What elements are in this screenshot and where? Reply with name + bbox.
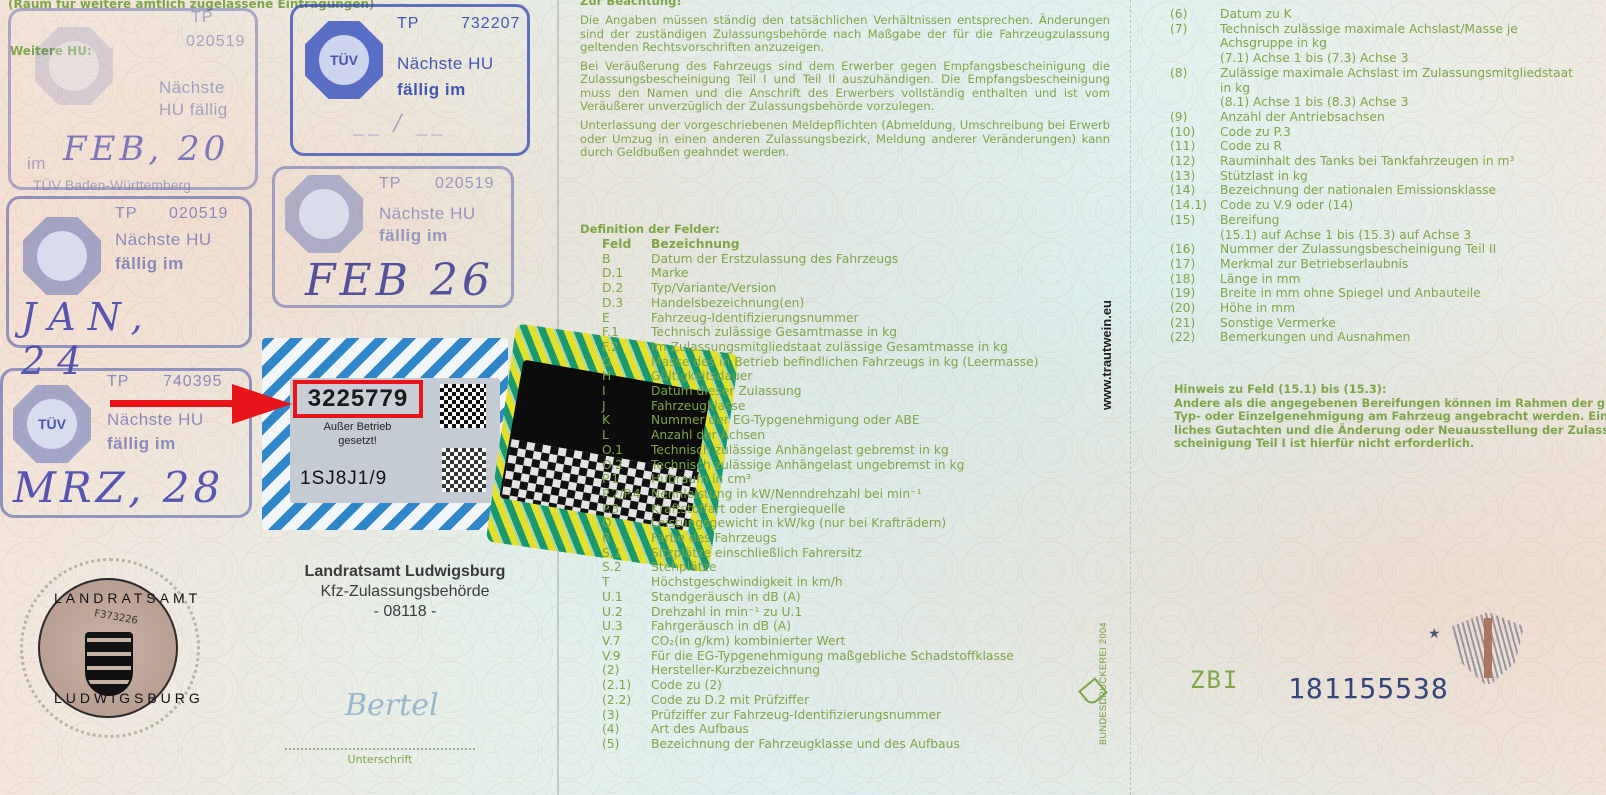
tuv-badge-icon [35, 27, 113, 105]
stamp-tp-label: TP [397, 15, 419, 33]
signature-line [285, 748, 475, 750]
field-code: (11) [1170, 139, 1220, 154]
definition-row: (21)Sonstige Vermerke [1170, 316, 1606, 331]
definitions-list-continued: (6)Datum zu K(7)Technisch zulässige maxi… [1170, 7, 1606, 345]
authority-code: - 08118 - [270, 602, 540, 622]
field-description: Nummer der EG-Typgenehmigung oder ABE [651, 413, 920, 428]
stamp-due: fällig im [107, 433, 176, 455]
definition-row: Achsgruppe in kg [1170, 36, 1606, 51]
field-code: V.9 [602, 649, 651, 664]
field-description: (15.1) auf Achse 1 bis (15.3) auf Achse … [1220, 228, 1471, 243]
signature-label: Unterschrift [285, 753, 475, 766]
field-code: (8) [1170, 66, 1220, 81]
stamp-number: 020519 [435, 175, 494, 193]
definition-row: (2.1)Code zu (2) [602, 678, 1039, 693]
definition-row: S.2Stehplätze [602, 560, 1039, 575]
field-code: O.1 [602, 443, 651, 458]
notice-paragraph: Die Angaben müssen ständig den tatsächli… [580, 14, 1110, 54]
definition-row: THöchstgeschwindigkeit in km/h [602, 575, 1039, 590]
field-code: (2.1) [602, 678, 651, 693]
stamp-handwritten-date: __ / __ [353, 111, 446, 136]
field-code: E [602, 311, 651, 326]
definition-row: D.1Marke [602, 266, 1039, 281]
field-code: (19) [1170, 286, 1220, 301]
definition-row: (2)Hersteller-Kurzbezeichnung [602, 663, 1039, 678]
definition-row: (8)Zulässige maximale Achslast im Zulass… [1170, 66, 1606, 81]
field-description: Typ/Variante/Version [651, 281, 776, 296]
field-code: F.2 [602, 340, 651, 355]
field-description: Für die EG-Typgenehmigung maßgebliche Sc… [651, 649, 1014, 664]
tyre-note-line: Andere als die angegebenen Bereifungen k… [1174, 397, 1606, 411]
field-description: Art des Aufbaus [651, 722, 749, 737]
definition-row: U.1Standgeräusch in dB (A) [602, 590, 1039, 605]
field-code: L [602, 428, 651, 443]
definition-row: D.3Handelsbezeichnung(en) [602, 296, 1039, 311]
field-code: D.1 [602, 266, 651, 281]
stamp-number: 020519 [186, 33, 245, 51]
field-code: (5) [602, 737, 651, 752]
stamp-handwritten-date: FEB, 20 [63, 129, 229, 169]
definition-row: U.3Fahrgeräusch in dB (A) [602, 619, 1039, 634]
definition-row: (3)Prüfziffer zur Fahrzeug-Identifizieru… [602, 708, 1039, 723]
field-code: (9) [1170, 110, 1220, 125]
field-description: Sonstige Vermerke [1220, 316, 1336, 331]
tuv-badge-icon: TÜV [13, 385, 91, 463]
field-code: (20) [1170, 301, 1220, 316]
definition-row: (6)Datum zu K [1170, 7, 1606, 22]
stamp-next-hu: Nächste [159, 77, 225, 99]
tyre-note: Hinweis zu Feld (15.1) bis (15.3): Ander… [1174, 383, 1606, 451]
field-code: P.2/P.4 [602, 487, 651, 502]
printer-url: www.trautwein.eu [1099, 300, 1114, 410]
field-code: (14.1) [1170, 198, 1220, 213]
field-description: Code zu (2) [651, 678, 722, 693]
header-description: Bezeichnung [651, 237, 740, 252]
field-code: G [602, 355, 651, 370]
field-code: R [602, 531, 651, 546]
stamp-next-hu: Nächste HU [397, 53, 494, 75]
field-description: Zulässige maximale Achslast im Zulassung… [1220, 66, 1573, 81]
field-code: U.2 [602, 605, 651, 620]
definition-row: S.1Sitzplätze einschließlich Fahrersitz [602, 546, 1039, 561]
page-fold [1130, 0, 1132, 795]
definition-row: (22)Bemerkungen und Ausnahmen [1170, 330, 1606, 345]
field-description: Standgeräusch in dB (A) [651, 590, 801, 605]
definition-row: (8.1) Achse 1 bis (8.3) Achse 3 [1170, 95, 1606, 110]
field-description: Kraftstoffart oder Energiequelle [651, 502, 845, 517]
field-code: O.2 [602, 458, 651, 473]
definition-row: O.2Technisch zulässige Anhängelast ungeb… [602, 458, 1039, 473]
field-code: (2) [602, 663, 651, 678]
field-code [1170, 228, 1220, 243]
field-description: (7.1) Achse 1 bis (7.3) Achse 3 [1220, 51, 1408, 66]
field-code: P.1 [602, 472, 651, 487]
definition-row: V.9Für die EG-Typgenehmigung maßgebliche… [602, 649, 1039, 664]
definition-row: (17)Merkmal zur Betriebserlaubnis [1170, 257, 1606, 272]
definitions-header: Feld Bezeichnung [602, 237, 1039, 252]
definition-row: (15)Bereifung [1170, 213, 1606, 228]
hu-stamp: TÜV TP 732207 Nächste HU fällig im __ / … [290, 4, 530, 156]
tuv-badge-icon: TÜV [305, 21, 383, 99]
field-code: (14) [1170, 183, 1220, 198]
definition-row: in kg [1170, 81, 1606, 96]
field-description: Bereifung [1220, 213, 1280, 228]
field-code: D.3 [602, 296, 651, 311]
field-description: Nennleistung in kW/Nenndrehzahl bei min⁻… [651, 487, 922, 502]
field-code: K [602, 413, 651, 428]
stamp-due: fällig im [115, 253, 184, 275]
tyre-note-line: Typ- oder Einzelgenehmigung am Fahrzeug … [1174, 410, 1606, 424]
field-description: Technisch zulässige Anhängelast gebremst… [651, 443, 949, 458]
definition-row: (20)Höhe in mm [1170, 301, 1606, 316]
field-code: (13) [1170, 169, 1220, 184]
field-code: P.3 [602, 502, 651, 517]
field-description: (8.1) Achse 1 bis (8.3) Achse 3 [1220, 95, 1408, 110]
stamp-next-hu: Nächste HU [115, 229, 212, 251]
field-description: Datum zu K [1220, 7, 1292, 22]
field-description: Sitzplätze einschließlich Fahrersitz [651, 546, 862, 561]
red-arrow-icon [110, 400, 240, 407]
field-description: Fahrgeräusch in dB (A) [651, 619, 791, 634]
field-code: I [602, 384, 651, 399]
field-code [1170, 81, 1220, 96]
definition-row: BDatum der Erstzulassung des Fahrzeugs [602, 252, 1039, 267]
field-description: Technisch zulässige Gesamtmasse in kg [651, 325, 897, 340]
definition-row: HGültigkeitsdauer [602, 369, 1039, 384]
definitions-list: Feld Bezeichnung BDatum der Erstzulassun… [602, 237, 1039, 752]
series-code: ZBI [1190, 666, 1239, 694]
definition-row: (19)Breite in mm ohne Spiegel und Anbaut… [1170, 286, 1606, 301]
definition-row: (15.1) auf Achse 1 bis (15.3) auf Achse … [1170, 228, 1606, 243]
definition-row: (18)Länge in mm [1170, 272, 1606, 287]
field-description: Stützlast in kg [1220, 169, 1308, 184]
definition-row: (11)Code zu R [1170, 139, 1606, 154]
field-description: Technisch zulässige maximale Achslast/Ma… [1220, 22, 1518, 37]
stamp-next-hu: Nächste HU [379, 203, 476, 225]
stamp-tp-label: TP [379, 175, 401, 193]
field-description: Rauminhalt des Tanks bei Tankfahrzeugen … [1220, 154, 1514, 169]
stamp-organization: TÜV Baden-Württemberg [33, 177, 191, 193]
field-description: Code zu P.3 [1220, 125, 1291, 140]
stamp-number: 732207 [461, 15, 520, 33]
field-description: Bemerkungen und Ausnahmen [1220, 330, 1410, 345]
definition-row: P.3Kraftstoffart oder Energiequelle [602, 502, 1039, 517]
field-description: Höchstgeschwindigkeit in km/h [651, 575, 843, 590]
field-description: Achsgruppe in kg [1220, 36, 1327, 51]
definition-row: RFarbe des Fahrzeugs [602, 531, 1039, 546]
field-description: Handelsbezeichnung(en) [651, 296, 804, 311]
issuing-authority: Landratsamt Ludwigsburg Kfz-Zulassungsbe… [270, 562, 540, 622]
field-code: (4) [602, 722, 651, 737]
hu-stamp: TP 020519 Nächste HU fällig im FEB, 20 T… [8, 8, 258, 190]
decommission-status: Außer Betrieb gesetzt! [300, 420, 415, 448]
stamp-tp-label: TP [191, 9, 213, 27]
tyre-note-title: Hinweis zu Feld (15.1) bis (15.3): [1174, 383, 1606, 397]
definition-row: (2.2)Code zu D.2 mit Prüfziffer [602, 693, 1039, 708]
definition-row: O.1Technisch zulässige Anhängelast gebre… [602, 443, 1039, 458]
stamp-tp-label: TP [115, 205, 137, 223]
field-description: Code zu R [1220, 139, 1282, 154]
field-code: T [602, 575, 651, 590]
field-description: Datum dieser Zulassung [651, 384, 802, 399]
field-description: Prüfziffer zur Fahrzeug-Identifizierungs… [651, 708, 941, 723]
stamp-prefix: im [27, 153, 46, 175]
field-code [1170, 36, 1220, 51]
definition-row: F.2Im Zulassungsmitgliedstaat zulässige … [602, 340, 1039, 355]
field-code: (6) [1170, 7, 1220, 22]
stamp-due: HU fällig [159, 99, 228, 121]
field-code: (10) [1170, 125, 1220, 140]
field-code: (3) [602, 708, 651, 723]
tyre-note-line: scheinigung Teil I ist hierfür nicht erf… [1174, 437, 1606, 451]
definition-row: EFahrzeug-Identifizierungsnummer [602, 311, 1039, 326]
field-description: Masse des in Betrieb befindlichen Fahrze… [651, 355, 1039, 370]
field-code: (18) [1170, 272, 1220, 287]
definition-row: (13)Stützlast in kg [1170, 169, 1606, 184]
field-code: H [602, 369, 651, 384]
definitions-title: Definition der Felder: [580, 222, 720, 236]
field-description: Hersteller-Kurzbezeichnung [651, 663, 820, 678]
definition-row: JFahrzeugklasse [602, 399, 1039, 414]
field-description: Breite in mm ohne Spiegel und Anbauteile [1220, 286, 1481, 301]
field-description: Marke [651, 266, 688, 281]
definition-row: QLeistungsgewicht in kW/kg (nur bei Kraf… [602, 516, 1039, 531]
notice-paragraph: Unterlassung der vorgeschriebenen Meldep… [580, 119, 1110, 159]
field-description: Höhe in mm [1220, 301, 1295, 316]
definition-row: (12)Rauminhalt des Tanks bei Tankfahrzeu… [1170, 154, 1606, 169]
field-code: S.2 [602, 560, 651, 575]
signature: Bertel [345, 688, 439, 723]
field-code: (2.2) [602, 693, 651, 708]
field-description: Anzahl der Antriebsachsen [1220, 110, 1385, 125]
definition-row: (5)Bezeichnung der Fahrzeugklasse und de… [602, 737, 1039, 752]
field-description: Bezeichnung der nationalen Emissionsklas… [1220, 183, 1496, 198]
stamp-number: 740395 [163, 373, 222, 391]
field-code [1170, 95, 1220, 110]
field-code: F.1 [602, 325, 651, 340]
datamatrix-code-icon [440, 384, 486, 428]
seal-bottom-text: LUDWIGSBURG [54, 690, 164, 706]
field-code: (7) [1170, 22, 1220, 37]
notice-paragraph: Bei Veräußerung des Fahrzeugs sind dem E… [580, 60, 1110, 113]
notice-section: Zur Beachtung! Die Angaben müssen ständi… [580, 0, 1110, 159]
field-description: Merkmal zur Betriebserlaubnis [1220, 257, 1408, 272]
authority-department: Kfz-Zulassungsbehörde [270, 582, 540, 602]
definition-row: P.1Hubraum in cm³ [602, 472, 1039, 487]
field-description: Technisch zulässige Anhängelast ungebrem… [651, 458, 964, 473]
field-code: Q [602, 516, 651, 531]
tuv-badge-icon [23, 217, 101, 295]
field-description: Datum der Erstzulassung des Fahrzeugs [651, 252, 898, 267]
stamp-number: 020519 [169, 205, 228, 223]
red-arrow-head-icon [232, 384, 292, 424]
coat-of-arms-icon [85, 632, 133, 696]
field-code: V.7 [602, 634, 651, 649]
seal-top-text: LANDRATSAMT [54, 590, 164, 606]
status-line-1: Außer Betrieb [300, 420, 415, 434]
field-description: Stehplätze [651, 560, 717, 575]
field-description: Code zu V.9 oder (14) [1220, 198, 1353, 213]
field-description: in kg [1220, 81, 1250, 96]
field-code: J [602, 399, 651, 414]
status-line-2: gesetzt! [300, 434, 415, 448]
definition-row: (14.1)Code zu V.9 oder (14) [1170, 198, 1606, 213]
definition-row: GMasse des in Betrieb befindlichen Fahrz… [602, 355, 1039, 370]
definition-row: (9)Anzahl der Antriebsachsen [1170, 110, 1606, 125]
field-description: Fahrzeug-Identifizierungsnummer [651, 311, 859, 326]
document-serial-number: 181155538 [1288, 672, 1449, 705]
datamatrix-code-icon [442, 448, 486, 492]
stamp-handwritten-date: MRZ, 28 [13, 463, 224, 512]
field-code: (17) [1170, 257, 1220, 272]
definition-row: P.2/P.4Nennleistung in kW/Nenndrehzahl b… [602, 487, 1039, 502]
definition-row: (4)Art des Aufbaus [602, 722, 1039, 737]
field-code: U.3 [602, 619, 651, 634]
field-description: Hubraum in cm³ [651, 472, 751, 487]
field-code: D.2 [602, 281, 651, 296]
authority-name: Landratsamt Ludwigsburg [270, 562, 540, 582]
field-description: Gültigkeitsdauer [651, 369, 752, 384]
field-description: Nummer der Zulassungsbescheinigung Teil … [1220, 242, 1496, 257]
definition-row: (7.1) Achse 1 bis (7.3) Achse 3 [1170, 51, 1606, 66]
field-description: Länge in mm [1220, 272, 1301, 287]
field-code: U.1 [602, 590, 651, 605]
field-description: CO₂(in g/km) kombinierter Wert [651, 634, 845, 649]
field-description: Fahrzeugklasse [651, 399, 745, 414]
stamp-handwritten-date: FEB 26 [305, 255, 494, 306]
sticker-code: 1SJ8J1/9 [300, 468, 387, 490]
definition-row: KNummer der EG-Typgenehmigung oder ABE [602, 413, 1039, 428]
notice-title: Zur Beachtung! [580, 0, 1110, 8]
field-description: Drehzahl in min⁻¹ zu U.1 [651, 605, 802, 620]
field-description: Leistungsgewicht in kW/kg (nur bei Kraft… [651, 516, 946, 531]
hu-stamp: TP 020519 Nächste HU fällig im JAN, 24 [6, 196, 252, 348]
field-description: Farbe des Fahrzeugs [651, 531, 777, 546]
definition-row: U.2Drehzahl in min⁻¹ zu U.1 [602, 605, 1039, 620]
definition-row: IDatum dieser Zulassung [602, 384, 1039, 399]
stamp-due: fällig im [397, 79, 466, 101]
registration-number-highlight: 3225779 [293, 380, 423, 418]
field-code: (16) [1170, 242, 1220, 257]
stamp-tp-label: TP [107, 373, 129, 391]
field-description: Im Zulassungsmitgliedstaat zulässige Ges… [651, 340, 1008, 355]
stamp-next-hu: Nächste HU [107, 409, 204, 431]
field-description: Code zu D.2 mit Prüfziffer [651, 693, 809, 708]
tuv-badge-icon [285, 175, 363, 253]
hu-stamp: TP 020519 Nächste HU fällig im FEB 26 [272, 166, 514, 308]
star-icon: ★ [1428, 626, 1441, 642]
definition-row: (10)Code zu P.3 [1170, 125, 1606, 140]
header-field: Feld [602, 237, 651, 252]
definition-row: D.2Typ/Variante/Version [602, 281, 1039, 296]
federal-eagle-icon [1452, 612, 1524, 684]
definition-row: (7)Technisch zulässige maximale Achslast… [1170, 22, 1606, 37]
definition-row: V.7CO₂(in g/km) kombinierter Wert [602, 634, 1039, 649]
tyre-note-line: liches Gutachten und die Änderung oder N… [1174, 424, 1606, 438]
field-description: Anzahl der Achsen [651, 428, 765, 443]
definition-row: F.1Technisch zulässige Gesamtmasse in kg [602, 325, 1039, 340]
field-code: B [602, 252, 651, 267]
field-description: Bezeichnung der Fahrzeugklasse und des A… [651, 737, 960, 752]
hu-stamp: TÜV TP 740395 Nächste HU fällig im MRZ, … [0, 368, 252, 518]
stamp-due: fällig im [379, 225, 448, 247]
definition-row: (16)Nummer der Zulassungsbescheinigung T… [1170, 242, 1606, 257]
field-code: (15) [1170, 213, 1220, 228]
field-code [1170, 51, 1220, 66]
field-code: (21) [1170, 316, 1220, 331]
field-code: S.1 [602, 546, 651, 561]
definition-row: LAnzahl der Achsen [602, 428, 1039, 443]
field-code: (12) [1170, 154, 1220, 169]
definition-row: (14)Bezeichnung der nationalen Emissions… [1170, 183, 1606, 198]
field-code: (22) [1170, 330, 1220, 345]
